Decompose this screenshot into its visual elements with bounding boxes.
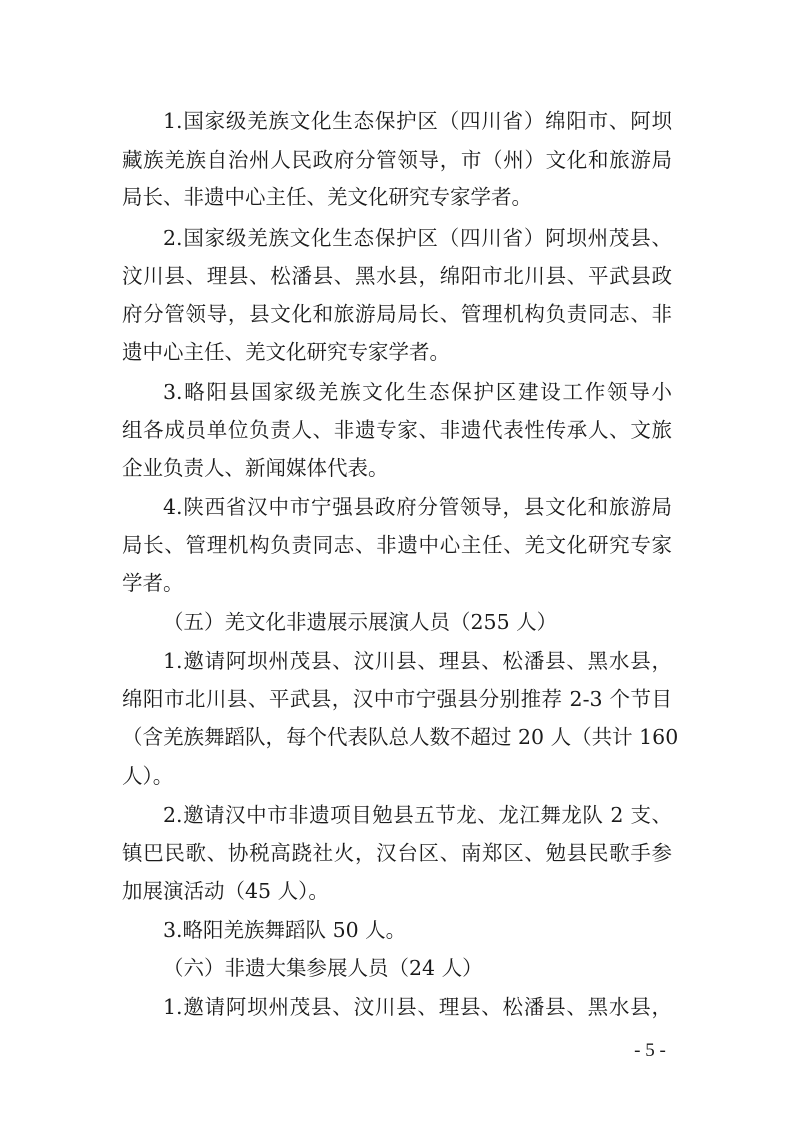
page-number: - 5 - <box>622 1036 678 1066</box>
paragraph-5-3: 3.略阳羌族舞蹈队 50 人。 <box>163 911 406 949</box>
text-line: 镇巴民歌、协税高跷社火，汉台区、南郑区、勉县民歌手参 <box>122 834 672 872</box>
text-line: 汶川县、理县、松潘县、黑水县，绵阳市北川县、平武县政 <box>122 257 672 295</box>
text-line: 学者。 <box>122 564 672 602</box>
text-line: 2.国家级羌族文化生态保护区（四川省）阿坝州茂县、 <box>163 219 672 257</box>
text-line: 遗中心主任、羌文化研究专家学者。 <box>122 333 672 371</box>
text-line: 加展演活动（45 人）。 <box>122 872 672 910</box>
text-line: 2.邀请汉中市非遗项目勉县五节龙、龙江舞龙队 2 支、 <box>163 796 672 834</box>
text-line: 组各成员单位负责人、非遗专家、非遗代表性传承人、文旅 <box>122 411 672 449</box>
text-line: 企业负责人、新闻媒体代表。 <box>122 449 672 487</box>
text-line: 府分管领导，县文化和旅游局局长、管理机构负责同志、非 <box>122 295 672 333</box>
paragraph-6-1: 1.邀请阿坝州茂县、汶川县、理县、松潘县、黑水县， <box>163 988 672 1026</box>
text-line: 3.略阳县国家级羌族文化生态保护区建设工作领导小 <box>163 373 672 411</box>
text-line: 1.邀请阿坝州茂县、汶川县、理县、松潘县、黑水县， <box>163 642 672 680</box>
text-line: 藏族羌族自治州人民政府分管领导，市（州）文化和旅游局 <box>122 141 672 179</box>
section-heading-5: （五）羌文化非遗展示展演人员（255 人） <box>163 603 557 641</box>
text-line: 局长、管理机构负责同志、非遗中心主任、羌文化研究专家 <box>122 526 672 564</box>
text-line: 绵阳市北川县、平武县，汉中市宁强县分别推荐 2-3 个节目 <box>122 680 672 718</box>
text-line: 4.陕西省汉中市宁强县政府分管领导，县文化和旅游局 <box>163 488 672 526</box>
document-page: 1.国家级羌族文化生态保护区（四川省）绵阳市、阿坝 藏族羌族自治州人民政府分管领… <box>0 0 793 1122</box>
section-heading-6: （六）非遗大集参展人员（24 人） <box>163 949 483 987</box>
text-line: 人）。 <box>122 757 672 795</box>
text-line: （含羌族舞蹈队，每个代表队总人数不超过 20 人（共计 160 <box>122 718 672 756</box>
text-line: 1.国家级羌族文化生态保护区（四川省）绵阳市、阿坝 <box>163 102 672 140</box>
text-line: 局长、非遗中心主任、羌文化研究专家学者。 <box>122 178 672 216</box>
